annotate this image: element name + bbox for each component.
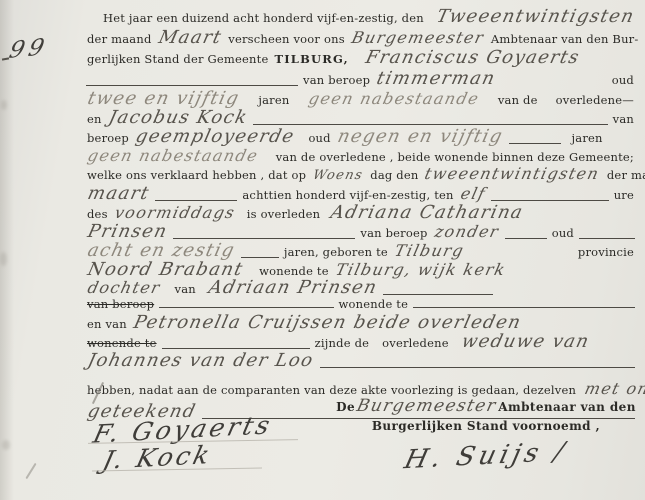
blank-rule — [86, 85, 298, 86]
closing-block: De Burgemeester Ambtenaar van den Burger… — [335, 396, 637, 471]
blank-rule — [253, 124, 607, 125]
handwritten-age-1: twee en vijftig — [86, 88, 242, 109]
handwritten-marital-status: weduwe van — [459, 331, 591, 352]
printed-text-struck: van beroep — [87, 297, 154, 311]
handwritten-deceased-occupation: zonder — [432, 222, 501, 241]
handwritten-official-title: Burgemeester — [350, 28, 486, 47]
printed-text: De — [336, 400, 355, 414]
printed-text: der maand — [87, 32, 152, 46]
printed-text: ure — [614, 188, 634, 202]
death-certificate-scan: 99 Het jaar een duizend acht honderd vij… — [0, 0, 645, 500]
printed-text: oud — [552, 226, 574, 240]
form-line-4: van beroep timmerman oud — [84, 68, 637, 89]
printed-text: oud — [308, 131, 330, 145]
form-line-12: Prinsen van beroep zonder oud — [84, 221, 637, 242]
printed-text: beroep — [87, 131, 129, 145]
printed-text: van beroep — [303, 73, 370, 87]
handwritten-relation-2: geen nabestaande — [86, 146, 261, 165]
form-line-7: beroep geemployeerde oud negen en vijfti… — [84, 126, 637, 147]
handwritten-month: Maart — [156, 27, 224, 48]
form-line-2: der maand Maart verscheen voor ons Burge… — [84, 27, 637, 48]
printed-text: Ambtenaar van den Bur- — [491, 32, 639, 46]
handwritten-declarant-1-name: Franciscus Goyaerts — [363, 47, 581, 68]
handwritten-death-month: maart — [86, 183, 152, 204]
printed-text: wonende te — [339, 297, 409, 311]
municipality-name: TILBURG, — [274, 52, 348, 66]
blank-rule — [241, 257, 279, 258]
printed-text: dag den — [370, 168, 418, 182]
closing-line-2: Burgerlijken Stand voornoemd , — [335, 419, 637, 433]
printed-text: oud — [612, 73, 634, 87]
printed-text-struck: wonende te — [87, 336, 157, 350]
printed-text: van de overledene , beide wonende binnen… — [276, 150, 634, 164]
blank-rule — [162, 348, 310, 349]
printed-text: is overleden — [247, 207, 320, 221]
printed-text: Het jaar een duizend acht honderd vijf-e… — [103, 11, 424, 25]
handwritten-birthplace: Tilburg — [393, 241, 467, 260]
printed-text: jaren, geboren te — [284, 245, 388, 259]
printed-text: achttien honderd vijf-en-zestig, ten — [242, 188, 453, 202]
printed-text: provincie — [578, 245, 634, 259]
handwritten-hour: elf — [458, 184, 487, 203]
blank-rule — [383, 294, 493, 295]
handwritten-mother-name: Petronella Cruijssen beide overleden — [131, 312, 523, 333]
form-line-6: en Jacobus Kock van — [84, 107, 637, 128]
printed-text: en — [87, 112, 102, 126]
handwritten-deceased-age: acht en zestig — [86, 240, 238, 261]
printed-text: zijnde de — [315, 336, 370, 350]
handwritten-occupation-1: timmerman — [375, 68, 498, 89]
form-line-13: acht en zestig jaren, geboren te Tilburg… — [84, 240, 637, 261]
blank-rule — [509, 143, 561, 144]
act-number: 99 — [7, 34, 51, 64]
printed-text: jaren — [258, 93, 289, 107]
printed-text: verscheen voor ons — [228, 32, 345, 46]
printed-text: wonende te — [259, 264, 329, 278]
printed-text: van beroep — [360, 226, 427, 240]
handwritten-relation-1: geen nabestaande — [306, 89, 481, 108]
handwritten-occupation-2: geemployeerde — [134, 126, 297, 147]
form-line-18: wonende te zijnde de overledene weduwe v… — [84, 331, 637, 352]
handwritten-late-husband-name: Johannes van der Loo — [86, 350, 316, 371]
form-line-17: en van Petronella Cruijssen beide overle… — [84, 312, 637, 333]
printed-text: welke ons verklaard hebben , dat op — [87, 168, 306, 182]
blank-rule — [155, 200, 237, 201]
scan-edge-shadow — [0, 0, 14, 500]
printed-text: van de — [498, 93, 538, 107]
handwritten-deceased-surname: Prinsen — [86, 221, 170, 242]
printed-text: overledene — [382, 336, 449, 350]
printed-text: hebben, nadat aan de comparanten van dez… — [87, 383, 576, 397]
handwritten-daypart: voormiddags — [112, 203, 237, 222]
scan-smudge — [0, 252, 7, 266]
closing-line-3: H. Suijs / — [335, 441, 637, 471]
form-line-3: gerlijken Stand der Gemeente TILBURG, Fr… — [84, 47, 637, 68]
printed-text: jaren — [572, 131, 603, 145]
handwritten-weekday: Woens — [311, 168, 365, 183]
handwritten-death-day: tweeentwintigsten — [423, 164, 602, 183]
printed-text: en van — [87, 317, 127, 331]
form-line-1: Het jaar een duizend acht honderd vijf-e… — [84, 6, 637, 27]
form-line-8: geen nabestaande van de overledene , bei… — [84, 146, 637, 165]
printed-text: van — [613, 112, 634, 126]
form-line-11: des voormiddags is overleden Adriana Cat… — [84, 202, 637, 223]
blank-rule — [505, 238, 547, 239]
signature-registrar: H. Suijs / — [401, 437, 571, 475]
form-line-15: dochter van Adriaan Prinsen — [84, 277, 637, 298]
printed-text: der maand — [607, 168, 645, 182]
printed-text: overledene— — [556, 93, 634, 107]
blank-rule — [320, 367, 635, 368]
printed-text: van — [175, 282, 196, 296]
handwritten-relation-word: dochter — [86, 278, 163, 297]
handwritten-day: Tweeentwintigsten — [434, 6, 636, 27]
blank-rule — [173, 238, 355, 239]
handwritten-father-name: Adriaan Prinsen — [206, 277, 379, 298]
form-line-16: van beroep wonende te — [84, 297, 637, 311]
blank-rule — [491, 200, 608, 201]
printed-text: Ambtenaar van den — [498, 400, 636, 414]
blank-rule — [579, 238, 635, 239]
form-line-19: Johannes van der Loo — [84, 350, 637, 371]
handwritten-official-title: Burgemeester — [355, 396, 499, 416]
printed-text: des — [87, 207, 108, 221]
scan-smudge — [2, 440, 10, 450]
handwritten-deceased-firstnames: Adriana Catharina — [329, 202, 526, 223]
blank-rule — [159, 307, 333, 308]
form-line-9: welke ons verklaard hebben , dat op Woen… — [84, 164, 637, 183]
pen-flourish — [25, 463, 36, 479]
handwritten-age-2: negen en vijftig — [335, 126, 505, 147]
scan-smudge — [1, 100, 7, 110]
printed-text: gerlijken Stand der Gemeente — [87, 52, 268, 66]
blank-rule — [413, 307, 635, 308]
handwritten-declarant-2-name: Jacobus Kock — [106, 107, 249, 128]
closing-line-1: De Burgemeester Ambtenaar van den — [335, 396, 637, 416]
form-line-5: twee en vijftig jaren geen nabestaande v… — [84, 88, 637, 109]
form-line-10: maart achttien honderd vijf-en-zestig, t… — [84, 183, 637, 204]
